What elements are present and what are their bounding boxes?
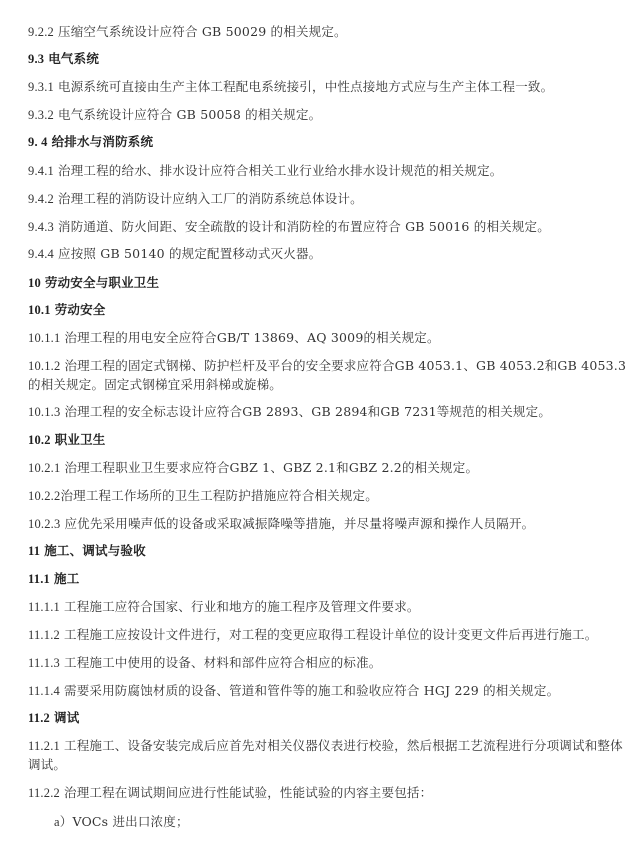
clause-text: 治理工程职业卫生要求应符合GBZ 1、GBZ 2.1和GBZ 2.2的相关规定。 — [64, 460, 478, 475]
clause-9-3-2: 9.3.2电气系统设计应符合 GB 50058 的相关规定。 — [28, 106, 321, 124]
heading-number: 10.1 — [28, 303, 51, 317]
clause-number: 11.1.3 — [28, 656, 60, 670]
clause-number: 9.4.3 — [28, 220, 54, 234]
heading-10-2: 10.2职业卫生 — [28, 431, 106, 449]
clause-text: 电气系统设计应符合 GB 50058 的相关规定。 — [58, 107, 321, 122]
heading-11: 11施工、调试与验收 — [28, 542, 146, 560]
heading-10: 10劳动安全与职业卫生 — [28, 274, 159, 292]
clause-number: 9.4.4 — [28, 247, 54, 261]
clause-9-4-2: 9.4.2治理工程的消防设计应纳入工厂的消防系统总体设计。 — [28, 190, 363, 208]
clause-9-4-3: 9.4.3消防通道、防火间距、安全疏散的设计和消防栓的布置应符合 GB 5001… — [28, 218, 550, 236]
clause-number: 9.3.2 — [28, 108, 54, 122]
clause-number: 10.2.2 — [28, 489, 60, 503]
clause-text: 调试。 — [28, 757, 66, 772]
clause-10-1-3: 10.1.3治理工程的安全标志设计应符合GB 2893、GB 2894和GB 7… — [28, 403, 551, 421]
clause-number: 11.2.2 — [28, 786, 60, 800]
clause-text: 消防通道、防火间距、安全疏散的设计和消防栓的布置应符合 GB 50016 的相关… — [58, 219, 550, 234]
heading-11-1: 11.1施工 — [28, 570, 79, 588]
heading-number: 11 — [28, 544, 40, 558]
clause-text: 工程施工应符合国家、行业和地方的施工程序及管理文件要求。 — [64, 599, 420, 614]
clause-9-2-2: 9.2.2压缩空气系统设计应符合 GB 50029 的相关规定。 — [28, 23, 347, 41]
clause-10-1-1: 10.1.1治理工程的用电安全应符合GB/T 13869、AQ 3009的相关规… — [28, 329, 440, 347]
clause-10-1-2: 10.1.2治理工程的固定式钢梯、防护栏杆及平台的安全要求应符合GB 4053.… — [28, 357, 626, 375]
clause-number: 10.2.3 — [28, 517, 60, 531]
clause-9-4-4: 9.4.4应按照 GB 50140 的规定配置移动式灭火器。 — [28, 245, 321, 263]
heading-number: 10 — [28, 276, 41, 290]
heading-text: 电气系统 — [48, 51, 99, 66]
clause-10-2-2: 10.2.2治理工程工作场所的卫生工程防护措施应符合相关规定。 — [28, 487, 378, 505]
clause-9-4-1: 9.4.1治理工程的给水、排水设计应符合相关工业行业给水排水设计规范的相关规定。 — [28, 162, 503, 180]
heading-text: 职业卫生 — [55, 432, 106, 447]
clause-text: 治理工程的固定式钢梯、防护栏杆及平台的安全要求应符合GB 4053.1、GB 4… — [64, 358, 626, 373]
clause-text: 的相关规定。固定式钢梯宜采用斜梯或旋梯。 — [28, 377, 282, 392]
heading-9-3: 9.3电气系统 — [28, 50, 99, 68]
clause-text: 治理工程的用电安全应符合GB/T 13869、AQ 3009的相关规定。 — [64, 330, 439, 345]
clause-text: 工程施工中使用的设备、材料和部件应符合相应的标准。 — [64, 655, 382, 670]
clause-text: 工程施工、设备安装完成后应首先对相关仪器仪表进行校验，然后根据工艺流程进行分项调… — [64, 738, 623, 753]
heading-text: 施工 — [54, 571, 79, 586]
clause-10-1-2-continuation: 的相关规定。固定式钢梯宜采用斜梯或旋梯。 — [28, 376, 282, 394]
clause-number: 11.1.4 — [28, 684, 60, 698]
heading-11-2: 11.2调试 — [28, 709, 79, 727]
clause-text: 电源系统可直接由生产主体工程配电系统接引，中性点接地方式应与生产主体工程一致。 — [58, 79, 553, 94]
clause-11-1-4: 11.1.4需要采用防腐蚀材质的设备、管道和管件等的施工和验收应符合 HGJ 2… — [28, 682, 559, 700]
clause-11-2-1: 11.2.1工程施工、设备安装完成后应首先对相关仪器仪表进行校验，然后根据工艺流… — [28, 737, 623, 755]
clause-number: 11.2.1 — [28, 739, 60, 753]
heading-number: 9. 4 — [28, 135, 48, 149]
clause-11-2-1-continuation: 调试。 — [28, 756, 66, 774]
clause-number: 10.2.1 — [28, 461, 60, 475]
heading-number: 10.2 — [28, 433, 51, 447]
clause-number: 9.4.2 — [28, 192, 54, 206]
heading-number: 11.1 — [28, 572, 50, 586]
list-marker: a） — [54, 815, 72, 829]
clause-text: 治理工程的安全标志设计应符合GB 2893、GB 2894和GB 7231等规范… — [64, 404, 551, 419]
clause-10-2-1: 10.2.1治理工程职业卫生要求应符合GBZ 1、GBZ 2.1和GBZ 2.2… — [28, 459, 478, 477]
clause-text: 治理工程工作场所的卫生工程防护措施应符合相关规定。 — [60, 488, 378, 503]
clause-number: 9.3.1 — [28, 80, 54, 94]
document-page: 9.2.2压缩空气系统设计应符合 GB 50029 的相关规定。 9.3电气系统… — [0, 0, 640, 844]
clause-text: 工程施工应按设计文件进行，对工程的变更应取得工程设计单位的设计变更文件后再进行施… — [64, 627, 597, 642]
clause-11-2-2: 11.2.2治理工程在调试期间应进行性能试验，性能试验的内容主要包括： — [28, 784, 432, 802]
clause-text: 应优先采用噪声低的设备或采取减振降噪等措施，并尽量将噪声源和操作人员隔开。 — [64, 516, 534, 531]
clause-number: 10.1.2 — [28, 359, 60, 373]
clause-text: 应按照 GB 50140 的规定配置移动式灭火器。 — [58, 246, 321, 261]
heading-9-4: 9. 4给排水与消防系统 — [28, 133, 153, 151]
clause-11-1-2: 11.1.2工程施工应按设计文件进行，对工程的变更应取得工程设计单位的设计变更文… — [28, 626, 597, 644]
clause-number: 11.1.2 — [28, 628, 60, 642]
clause-number: 10.1.1 — [28, 331, 60, 345]
clause-text: 压缩空气系统设计应符合 GB 50029 的相关规定。 — [58, 24, 347, 39]
clause-text: 治理工程的给水、排水设计应符合相关工业行业给水排水设计规范的相关规定。 — [58, 163, 503, 178]
list-item-a: a）VOCs 进出口浓度； — [54, 813, 189, 831]
clause-10-2-3: 10.2.3应优先采用噪声低的设备或采取减振降噪等措施，并尽量将噪声源和操作人员… — [28, 515, 534, 533]
heading-number: 9.3 — [28, 52, 44, 66]
clause-text: 需要采用防腐蚀材质的设备、管道和管件等的施工和验收应符合 HGJ 229 的相关… — [64, 683, 559, 698]
list-item-text: VOCs 进出口浓度； — [72, 814, 188, 829]
heading-10-1: 10.1劳动安全 — [28, 301, 106, 319]
clause-9-3-1: 9.3.1电源系统可直接由生产主体工程配电系统接引，中性点接地方式应与生产主体工… — [28, 78, 553, 96]
clause-number: 11.1.1 — [28, 600, 60, 614]
heading-text: 劳动安全与职业卫生 — [45, 275, 159, 290]
clause-text: 治理工程在调试期间应进行性能试验，性能试验的内容主要包括： — [64, 785, 432, 800]
clause-text: 治理工程的消防设计应纳入工厂的消防系统总体设计。 — [58, 191, 363, 206]
clause-11-1-3: 11.1.3工程施工中使用的设备、材料和部件应符合相应的标准。 — [28, 654, 382, 672]
heading-text: 给排水与消防系统 — [52, 134, 154, 149]
heading-text: 劳动安全 — [55, 302, 106, 317]
clause-11-1-1: 11.1.1工程施工应符合国家、行业和地方的施工程序及管理文件要求。 — [28, 598, 420, 616]
clause-number: 9.2.2 — [28, 25, 54, 39]
heading-text: 施工、调试与验收 — [44, 543, 146, 558]
heading-number: 11.2 — [28, 711, 50, 725]
heading-text: 调试 — [54, 710, 79, 725]
clause-number: 9.4.1 — [28, 164, 54, 178]
clause-number: 10.1.3 — [28, 405, 60, 419]
